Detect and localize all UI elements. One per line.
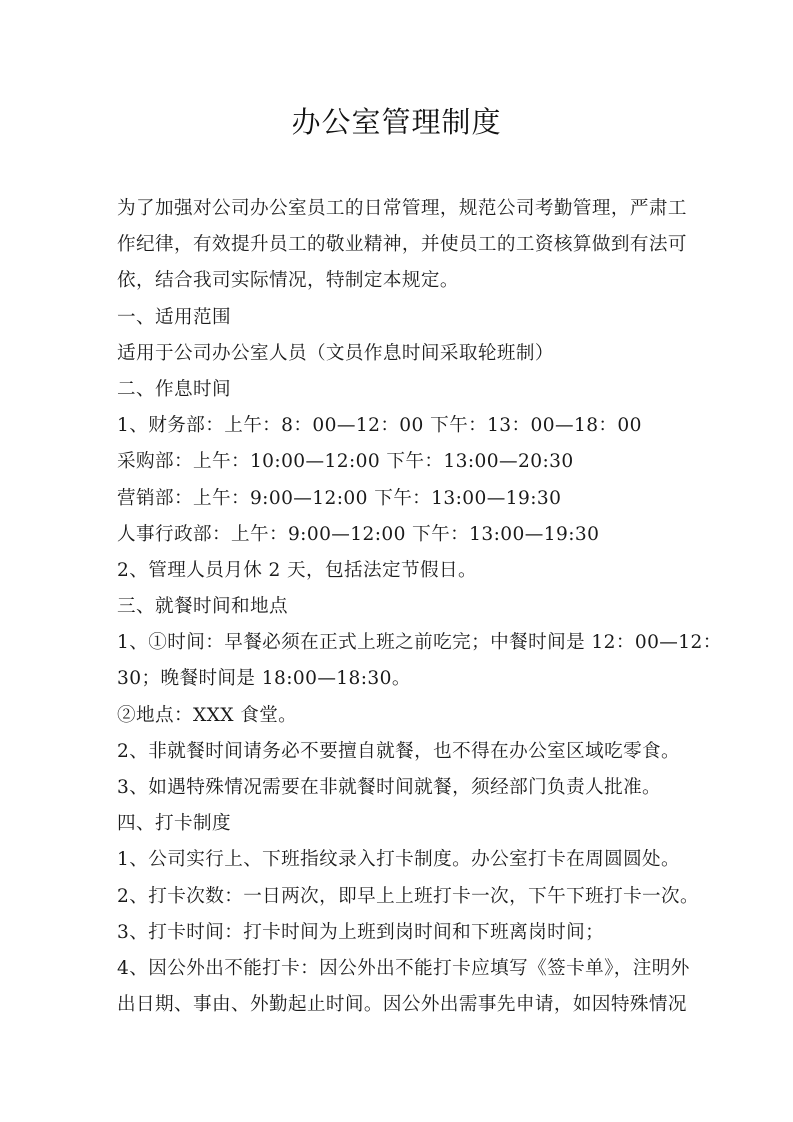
meal-rule-2: 2、非就餐时间请务必不要擅自就餐，也不得在办公室区域吃零食。	[117, 734, 682, 770]
meal-time-line-2: 30；晚餐时间是 18:00—18:30。	[117, 661, 682, 697]
intro-line-2: 作纪律，有效提升员工的敬业精神，并使员工的工资核算做到有法可	[117, 227, 682, 263]
clock-in-rule-3: 3、打卡时间：打卡时间为上班到岗时间和下班离岗时间；	[117, 915, 682, 951]
intro-line-1: 为了加强对公司办公室员工的日常管理，规范公司考勤管理，严肃工	[117, 191, 682, 227]
clock-in-rule-2: 2、打卡次数：一日两次，即早上上班打卡一次，下午下班打卡一次。	[117, 879, 682, 915]
work-hours-finance: 1、财务部：上午：8：00—12：00 下午：13：00—18：00	[117, 408, 682, 444]
section-heading-meals: 三、就餐时间和地点	[117, 589, 682, 625]
section-heading-work-hours: 二、作息时间	[117, 372, 682, 408]
management-rest-days: 2、管理人员月休 2 天，包括法定节假日。	[117, 553, 682, 589]
work-hours-hr-admin: 人事行政部：上午：9:00—12:00 下午：13:00—19:30	[117, 517, 682, 553]
meal-time-line-1: 1、①时间：早餐必须在正式上班之前吃完；中餐时间是 12：00—12：	[117, 625, 682, 661]
section-heading-clock-in: 四、打卡制度	[117, 806, 682, 842]
document-title: 办公室管理制度	[0, 100, 793, 144]
scope-text: 适用于公司办公室人员（文员作息时间采取轮班制）	[117, 336, 682, 372]
document-page: 办公室管理制度 为了加强对公司办公室员工的日常管理，规范公司考勤管理，严肃工 作…	[0, 0, 793, 1122]
document-body: 为了加强对公司办公室员工的日常管理，规范公司考勤管理，严肃工 作纪律，有效提升员…	[117, 191, 682, 1023]
meal-rule-3: 3、如遇特殊情况需要在非就餐时间就餐，须经部门负责人批准。	[117, 770, 682, 806]
meal-location: ②地点：XXX 食堂。	[117, 698, 682, 734]
clock-in-rule-1: 1、公司实行上、下班指纹录入打卡制度。办公室打卡在周圆圆处。	[117, 842, 682, 878]
clock-in-rule-4-line-2: 出日期、事由、外勤起止时间。因公外出需事先申请，如因特殊情况	[117, 987, 682, 1023]
work-hours-marketing: 营销部：上午：9:00—12:00 下午：13:00—19:30	[117, 481, 682, 517]
clock-in-rule-4-line-1: 4、因公外出不能打卡：因公外出不能打卡应填写《签卡单》，注明外	[117, 951, 682, 987]
section-heading-scope: 一、适用范围	[117, 300, 682, 336]
work-hours-purchasing: 采购部：上午：10:00—12:00 下午：13:00—20:30	[117, 444, 682, 480]
intro-line-3: 依，结合我司实际情况，特制定本规定。	[117, 263, 682, 299]
